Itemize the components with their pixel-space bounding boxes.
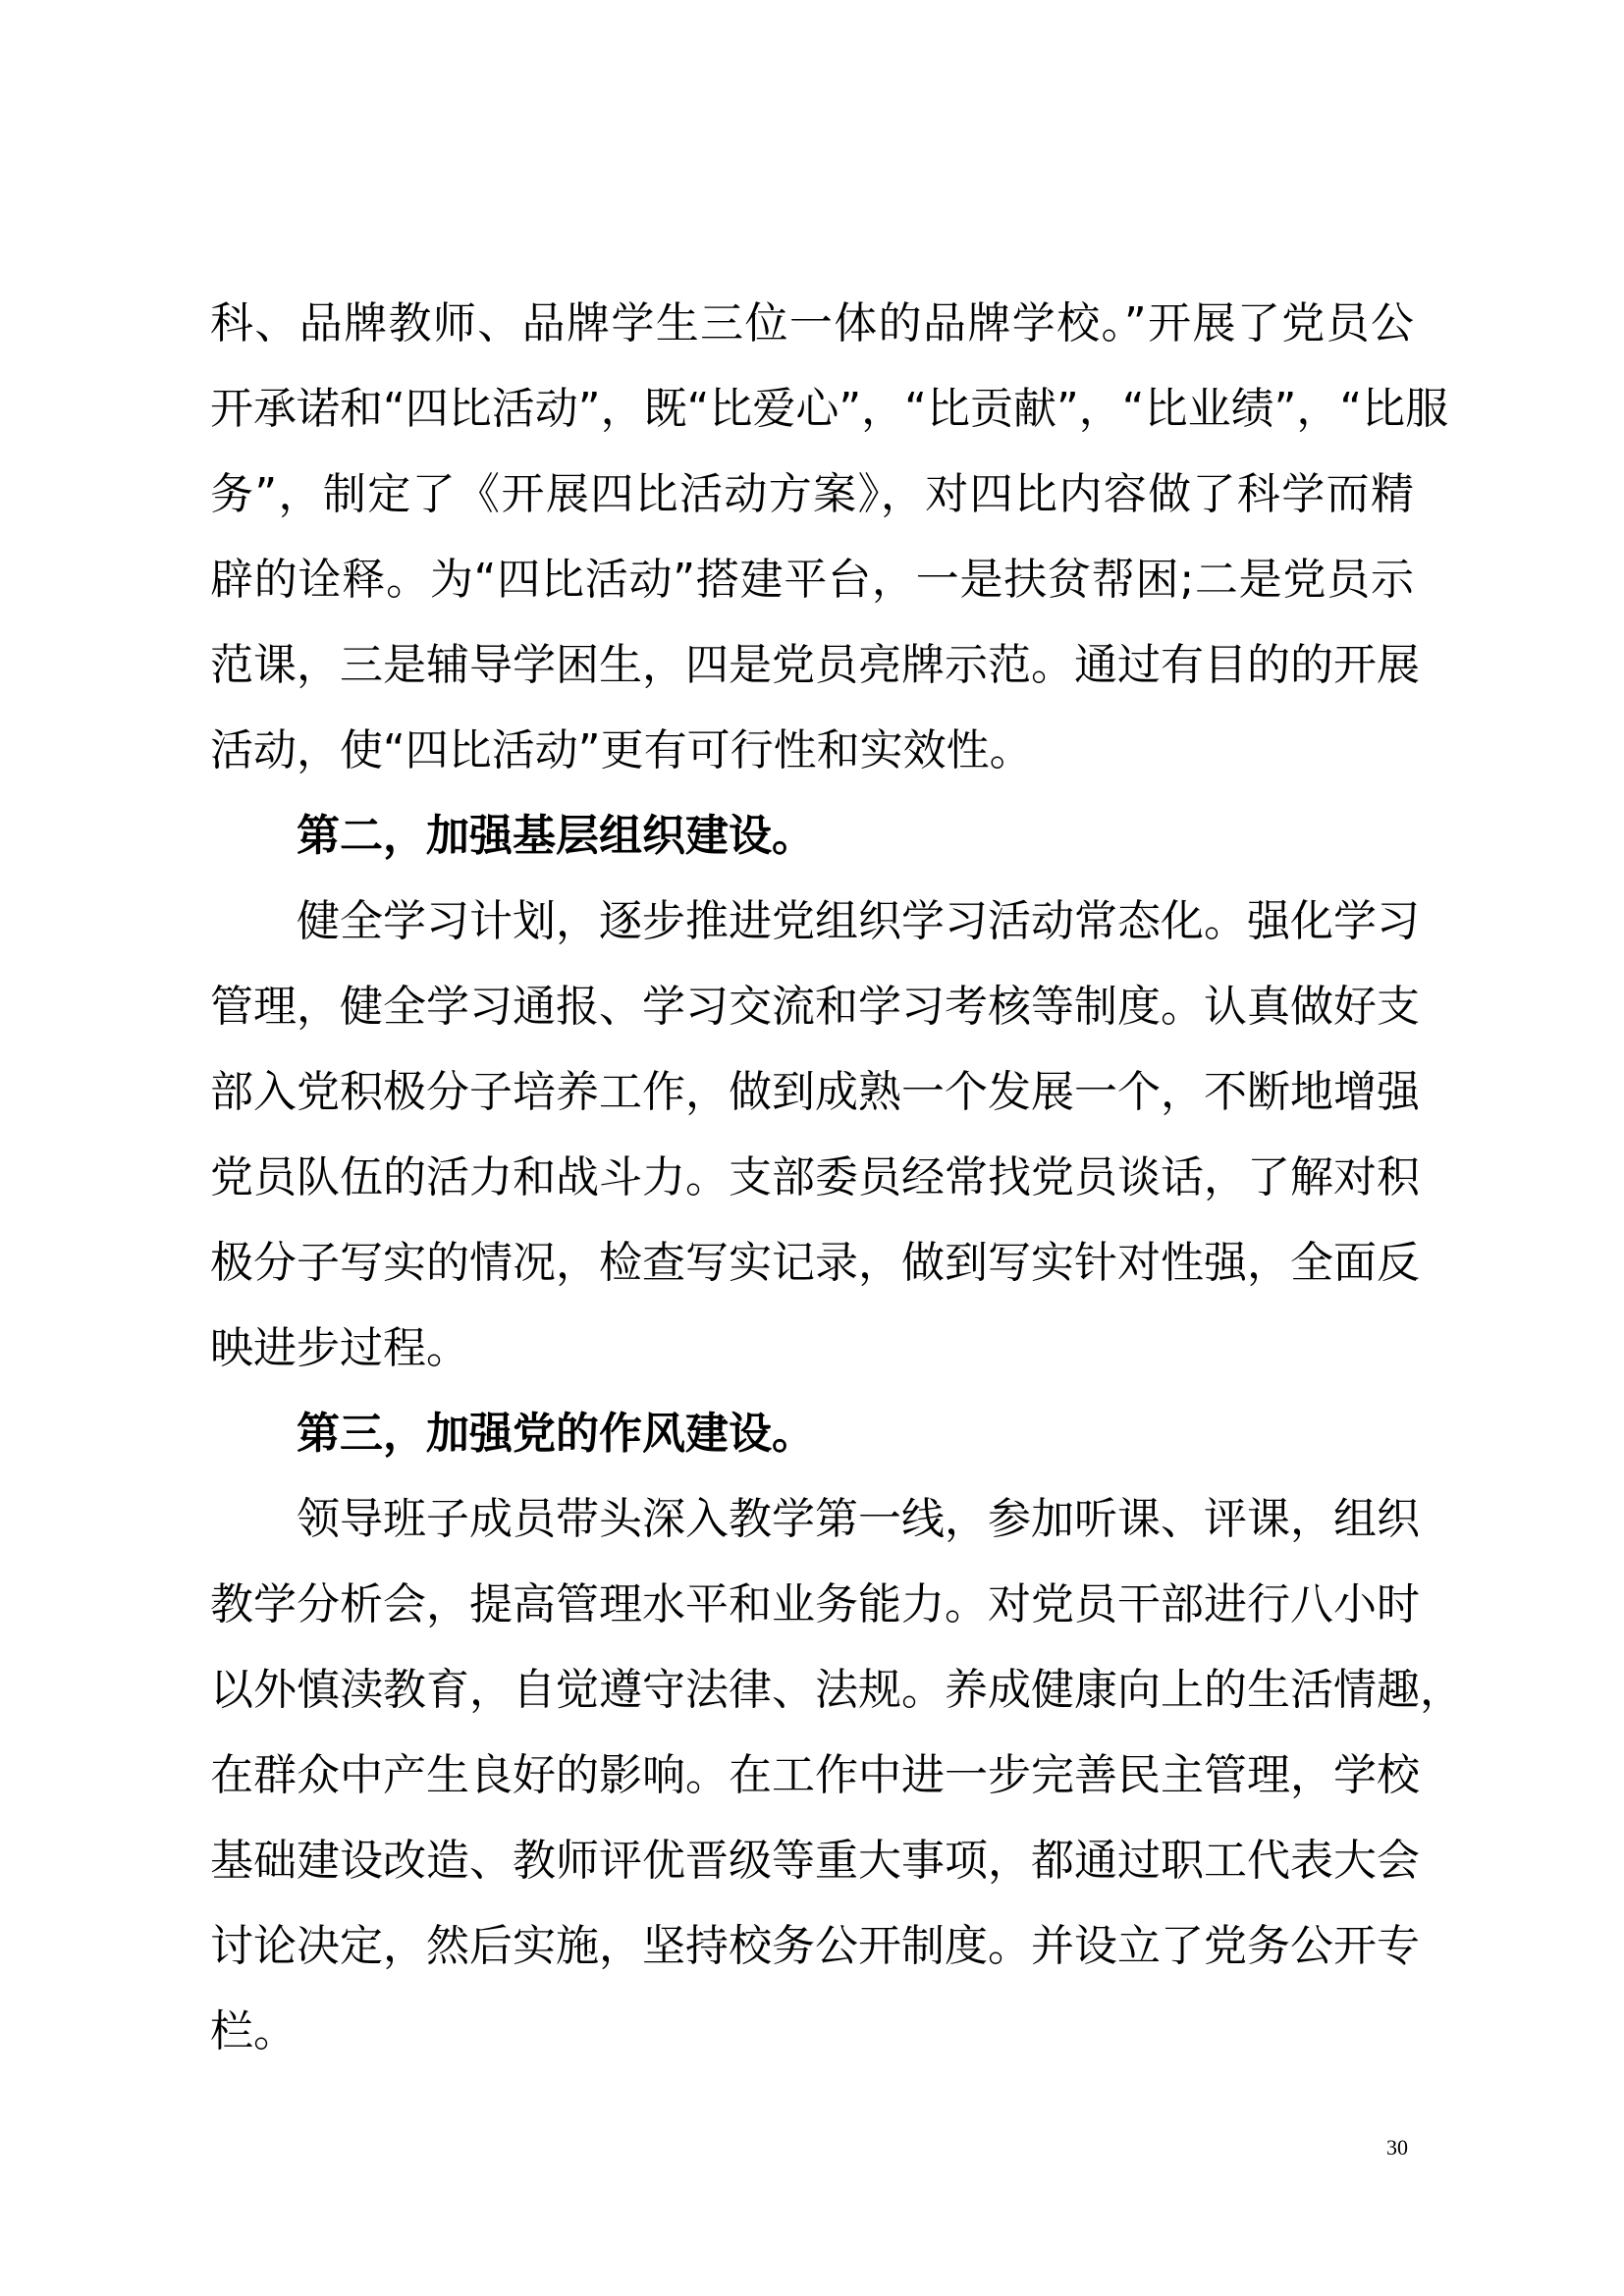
paragraph-line: 极分子写实的情况，检查写实记录，做到写实针对性强，全面反 [210,1224,1414,1309]
paragraph-line: 栏。 [210,1993,1414,2078]
paragraph-line: 教学分析会，提高管理水平和业务能力。对党员干部进行八小时 [210,1566,1414,1651]
paragraph-line: 务”，制定了《开展四比活动方案》，对四比内容做了科学而精 [210,455,1414,541]
paragraph-line: 健全学习计划，逐步推进党组织学习活动常态化。强化学习 [210,882,1414,968]
paragraph-line: 领导班子成员带头深入教学第一线，参加听课、评课，组织 [210,1480,1414,1566]
paragraph-line: 辟的诠释。为“四比活动”搭建平台，一是扶贫帮困;二是党员示 [210,541,1414,626]
paragraph-line: 映进步过程。 [210,1309,1414,1395]
page-number: 30 [1386,2135,1408,2161]
paragraph-line: 基础建设改造、教师评优晋级等重大事项，都通过职工代表大会 [210,1822,1414,1907]
document-page: 科、品牌教师、品牌学生三位一体的品牌学校。”开展了党员公 开承诺和“四比活动”，… [0,0,1624,2296]
paragraph-line: 党员队伍的活力和战斗力。支部委员经常找党员谈话，了解对积 [210,1139,1414,1224]
paragraph-line: 活动，使“四比活动”更有可行性和实效性。 [210,712,1414,797]
paragraph-line: 范课，三是辅导学困生，四是党员亮牌示范。通过有目的的开展 [210,626,1414,712]
paragraph-line: 管理，健全学习通报、学习交流和学习考核等制度。认真做好支 [210,968,1414,1053]
paragraph-line: 在群众中产生良好的影响。在工作中进一步完善民主管理，学校 [210,1736,1414,1822]
paragraph-line: 开承诺和“四比活动”，既“比爱心”，“比贡献”，“比业绩”，“比服 [210,370,1414,455]
paragraph-line: 讨论决定，然后实施，坚持校务公开制度。并设立了党务公开专 [210,1907,1414,1993]
paragraph-line: 科、品牌教师、品牌学生三位一体的品牌学校。”开展了党员公 [210,285,1414,370]
document-body: 科、品牌教师、品牌学生三位一体的品牌学校。”开展了党员公 开承诺和“四比活动”，… [210,285,1414,2078]
section-heading-second: 第二，加强基层组织建设。 [210,797,1414,882]
paragraph-line: 以外慎渎教育，自觉遵守法律、法规。养成健康向上的生活情趣， [210,1651,1414,1736]
paragraph-line: 部入党积极分子培养工作，做到成熟一个发展一个，不断地增强 [210,1053,1414,1139]
section-heading-third: 第三，加强党的作风建设。 [210,1395,1414,1480]
